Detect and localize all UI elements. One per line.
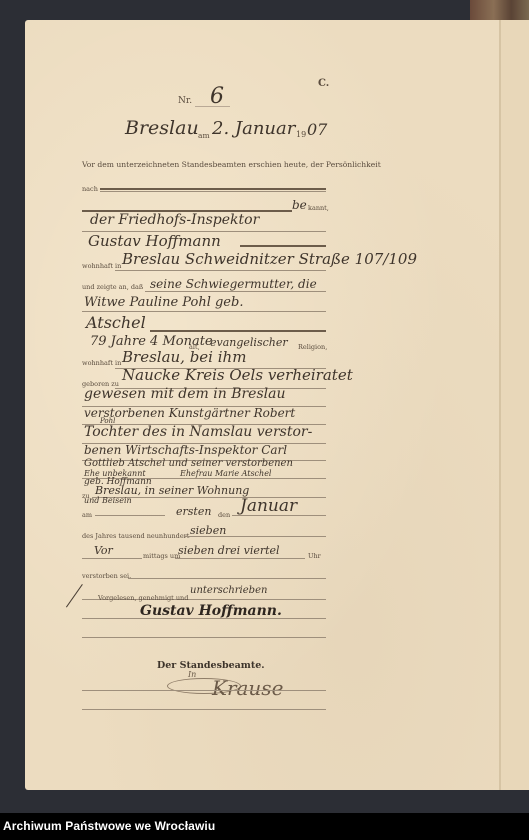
date-handwritten: 2. Januar: [212, 118, 295, 139]
am-label: am: [82, 511, 92, 519]
rule-blank2: [82, 637, 326, 638]
place-handwritten: Breslau: [125, 117, 199, 139]
den-label: den: [218, 511, 230, 519]
adjacent-page-edge: [500, 20, 529, 790]
read-value: unterschrieben: [190, 585, 267, 596]
time-suffix: Uhr: [308, 552, 321, 560]
rule-l2: [240, 245, 326, 247]
report-label: und zeigte an, daß: [82, 283, 143, 291]
year-handwritten: 07: [307, 120, 327, 139]
rule-am: [95, 515, 165, 516]
rule-report: [145, 291, 326, 292]
rule-year: [185, 536, 326, 537]
report-value-line1: seine Schwiegermutter, die: [150, 277, 317, 291]
read-label: Vorgelesen, genehmigt und: [98, 594, 188, 602]
rule-residence: [115, 270, 326, 271]
informant-line2: Gustav Hoffmann: [88, 232, 221, 250]
rule-nach: [100, 188, 326, 190]
form-letter: C.: [318, 78, 329, 89]
body-line5: Gottlieb Atschel und seiner verstorbenen: [84, 458, 293, 469]
body-line6: Ehefrau Marie Atschel: [180, 469, 271, 478]
nach-label: nach: [82, 185, 98, 193]
rule-report2: [82, 311, 326, 312]
kannt-prefix: be: [292, 198, 307, 212]
rule-month: [232, 515, 326, 516]
residence-label: wohnhaft in: [82, 262, 121, 270]
religion-label: Religion,: [298, 343, 327, 351]
intro-text: Vor dem unterzeichneten Standesbeamten e…: [82, 160, 381, 169]
time-value: sieben drei viertel: [178, 544, 280, 557]
rule-report3: [150, 330, 326, 332]
body-line2: verstorbenen Kunstgärtner Robert: [84, 406, 295, 420]
day-value: ersten: [176, 505, 211, 518]
residence-value: Breslau Schweidnitzer Straße 107/109: [122, 250, 417, 268]
rule-registrar1: [82, 690, 326, 691]
rule-time: [175, 558, 305, 559]
year-label: des Jahres tausend neunhundert: [82, 532, 189, 540]
archive-footer: Archiwum Państwowe we Wrocławiu: [0, 813, 529, 840]
rule-registrar2: [82, 709, 326, 710]
year-printed: 19: [296, 130, 306, 139]
born-value: Naucke Kreis Oels verheiratet: [122, 366, 353, 384]
residence2-label: wohnhaft in: [82, 359, 121, 367]
body-line3: Tochter des in Namslau verstor-: [84, 424, 312, 440]
rule-time-prefix: [82, 558, 142, 559]
number-rule: [195, 106, 230, 107]
body-line4: benen Wirtschafts-Inspektor Carl: [84, 443, 287, 457]
informant-line1: der Friedhofs-Inspektor: [90, 212, 259, 228]
place-extra: und Beisein: [84, 496, 132, 505]
body-line1: gewesen mit dem in Breslau: [84, 386, 286, 402]
rule-died: [128, 578, 326, 579]
rule-nach-2: [100, 191, 326, 192]
corner-decoration: [470, 0, 529, 20]
archive-name: Archiwum Państwowe we Wrocławiu: [3, 819, 215, 833]
informant-signature: Gustav Hoffmann.: [140, 603, 282, 619]
registrar-heading: Der Standesbeamte.: [157, 660, 265, 671]
kannt-label: kannt,: [308, 204, 329, 212]
date-prefix: am: [198, 131, 210, 140]
residence2-value: Breslau, bei ihm: [122, 348, 246, 366]
report-value-line2: Witwe Pauline Pohl geb.: [84, 295, 243, 310]
time-prefix: Vor: [94, 544, 113, 557]
report-value-line3: Atschel: [86, 313, 146, 332]
month-value: Januar: [240, 496, 297, 516]
number-label: Nr.: [178, 96, 192, 106]
registrar-signature: Krause: [212, 676, 283, 700]
page-fold: [499, 20, 501, 790]
rule-sig: [82, 618, 326, 619]
died-label: verstorben sei.: [82, 572, 131, 580]
